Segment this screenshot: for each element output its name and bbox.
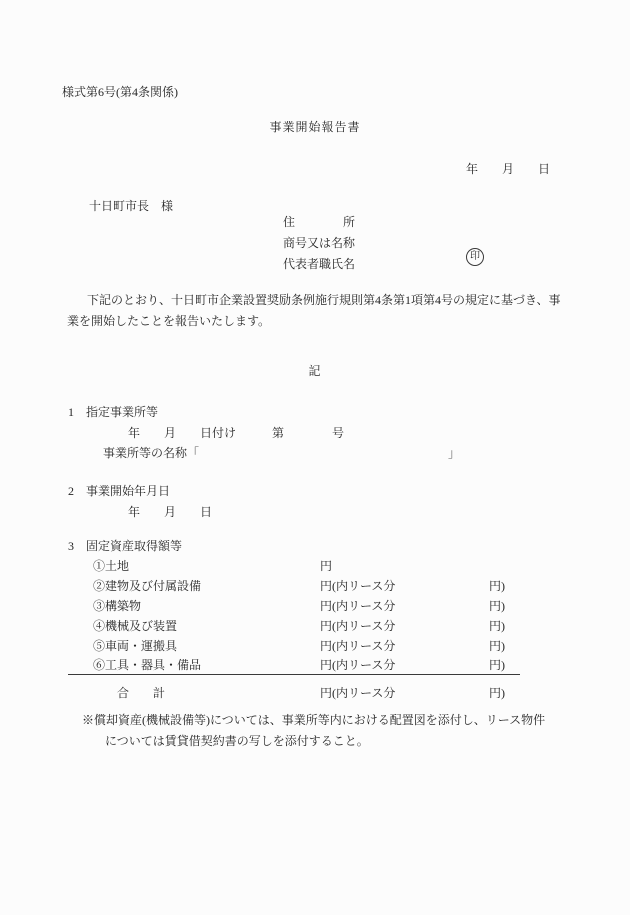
asset-label: ③構築物 [93,597,141,614]
sender-company-label: 商号又は名称 [283,234,355,251]
addressee-label: 十日町市長 様 [89,197,173,214]
note-line-2: については賃貸借契約書の写しを添付すること。 [105,732,369,749]
asset-label: ⑥工具・器具・備品 [93,656,201,673]
asset-row-vehicles: ⑤車両・運搬具 円(内リース分 円) [0,637,630,655]
asset-label: ④機械及び装置 [93,617,177,634]
report-date-line: 年 月 日 [466,160,550,177]
body-paragraph-line-1: 下記のとおり、十日町市企業設置奨励条例施行規則第4条第1項第4号の規定に基づき、… [87,291,561,308]
total-row: 合 計 円(内リース分 円) [0,684,630,702]
amount-unit-label: 円(内リース分 [320,617,395,634]
asset-label: ①土地 [93,557,129,574]
section-2-heading: 2 事業開始年月日 [68,482,170,499]
section-3-heading: 3 固定資産取得額等 [68,537,182,554]
document-page: 様式第6号(第4条関係) 事業開始報告書 年 月 日 十日町市長 様 住 所 商… [0,0,630,915]
seal-icon: 印 [466,248,484,266]
section-1-heading: 1 指定事業所等 [68,403,158,420]
lease-unit-label: 円) [489,684,505,701]
lease-unit-label: 円) [489,656,505,673]
total-label: 合 計 [117,684,165,701]
body-paragraph-line-2: 業を開始したことを報告いたします。 [67,312,270,329]
section-1-name-suffix: 」 [448,444,460,461]
section-1-name-prefix: 事業所等の名称「 [103,444,199,461]
asset-row-land: ①土地 円 [0,557,630,575]
section-2-date-line: 年 月 日 [128,503,212,520]
asset-row-machinery: ④機械及び装置 円(内リース分 円) [0,617,630,635]
asset-label: ⑤車両・運搬具 [93,637,177,654]
lease-unit-label: 円) [489,577,505,594]
amount-unit-label: 円(内リース分 [320,597,395,614]
seal-character: 印 [470,251,480,262]
asset-label: ②建物及び付属設備 [93,577,201,594]
sender-address-label: 住 所 [283,213,355,230]
lease-unit-label: 円) [489,597,505,614]
total-divider [68,674,520,675]
lease-unit-label: 円) [489,617,505,634]
form-number-label: 様式第6号(第4条関係) [62,83,178,100]
amount-unit-label: 円(内リース分 [320,637,395,654]
record-marker: 記 [0,362,630,379]
note-line-1: ※償却資産(機械設備等)については、事業所等内における配置図を添付し、リース物件 [82,711,545,728]
amount-unit-label: 円(内リース分 [320,684,395,701]
amount-unit-label: 円(内リース分 [320,656,395,673]
asset-row-building: ②建物及び付属設備 円(内リース分 円) [0,577,630,595]
asset-row-structures: ③構築物 円(内リース分 円) [0,597,630,615]
asset-row-tools: ⑥工具・器具・備品 円(内リース分 円) [0,656,630,674]
section-1-date-line: 年 月 日付け 第 号 [128,424,344,441]
lease-unit-label: 円) [489,637,505,654]
amount-unit-label: 円 [320,557,332,574]
document-title: 事業開始報告書 [0,118,630,135]
sender-representative-label: 代表者職氏名 [283,255,355,272]
amount-unit-label: 円(内リース分 [320,577,395,594]
